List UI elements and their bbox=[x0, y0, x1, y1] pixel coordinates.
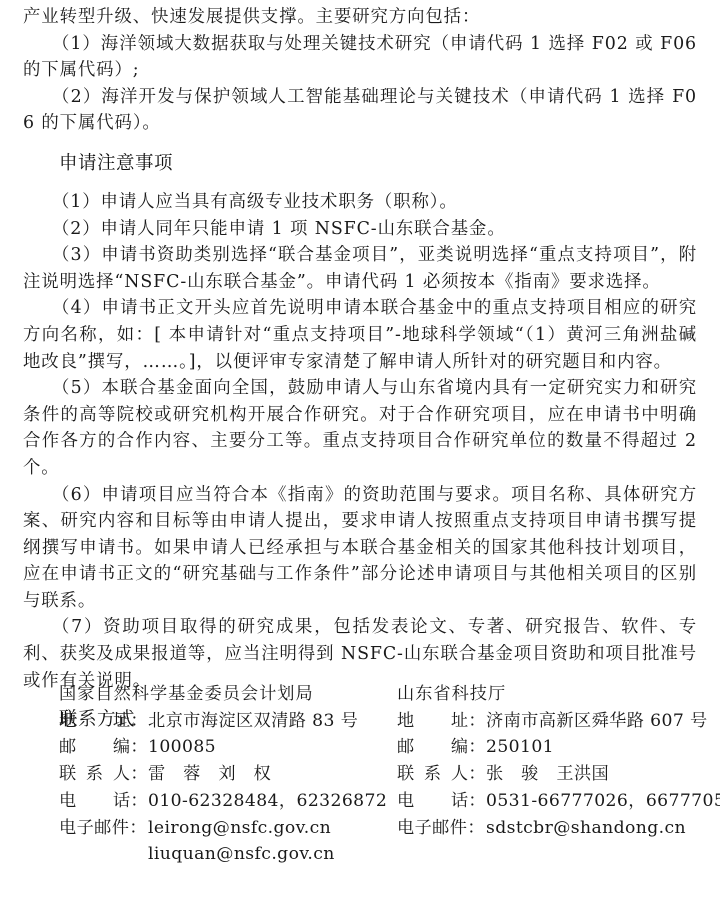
phone-row: 电话： 0531-66777026，66777053 bbox=[397, 788, 707, 815]
email-row-2: liuquan@nsfc.gov.cn bbox=[59, 841, 389, 868]
org-name: 山东省科技厅 bbox=[397, 681, 707, 708]
contact-column-nsfc: 国家自然科学基金委员会计划局 地址： 北京市海淀区双清路 83 号 邮编： 10… bbox=[59, 681, 389, 868]
research-direction-1: （1）海洋领域大数据获取与处理关键技术研究（申请代码 1 选择 F02 或 F0… bbox=[23, 31, 697, 84]
email-row: 电子邮件： leirong@nsfc.gov.cn bbox=[59, 815, 389, 842]
postcode-row: 邮编： 250101 bbox=[397, 734, 707, 761]
address-value: 济南市高新区舜华路 607 号 bbox=[486, 708, 708, 735]
person-label: 联系人： bbox=[59, 761, 148, 788]
postcode-label: 邮编： bbox=[59, 734, 148, 761]
intro-paragraph: 产业转型升级、快速发展提供支撑。主要研究方向包括： bbox=[23, 4, 697, 31]
document-page: 产业转型升级、快速发展提供支撑。主要研究方向包括： （1）海洋领域大数据获取与处… bbox=[23, 4, 697, 744]
postcode-value: 250101 bbox=[486, 734, 554, 761]
address-row: 地址： 北京市海淀区双清路 83 号 bbox=[59, 708, 389, 735]
address-row: 地址： 济南市高新区舜华路 607 号 bbox=[397, 708, 707, 735]
email-label: 电子邮件： bbox=[59, 815, 148, 842]
phone-row: 电话： 010-62328484，62326872 bbox=[59, 788, 389, 815]
person-row: 联系人： 张 骏 王洪国 bbox=[397, 761, 707, 788]
address-label: 地址： bbox=[59, 708, 148, 735]
phone-label: 电话： bbox=[59, 788, 148, 815]
org-name: 国家自然科学基金委员会计划局 bbox=[59, 681, 389, 708]
email-link-liuquan[interactable]: liuquan@nsfc.gov.cn bbox=[148, 841, 335, 868]
person-label: 联系人： bbox=[397, 761, 486, 788]
note-item-1: （1）申请人应当具有高级专业技术职务（职称）。 bbox=[23, 189, 697, 216]
postcode-row: 邮编： 100085 bbox=[59, 734, 389, 761]
email-link-leirong[interactable]: leirong@nsfc.gov.cn bbox=[148, 815, 331, 842]
phone-label: 电话： bbox=[397, 788, 486, 815]
phone-value: 010-62328484，62326872 bbox=[148, 788, 387, 815]
person-value: 雷 蓉 刘 权 bbox=[148, 761, 271, 788]
email-link-sdstcbr[interactable]: sdstcbr@shandong.cn bbox=[486, 815, 686, 842]
note-item-3: （3）申请书资助类别选择“联合基金项目”，亚类说明选择“重点支持项目”，附注说明… bbox=[23, 242, 697, 295]
person-row: 联系人： 雷 蓉 刘 权 bbox=[59, 761, 389, 788]
postcode-value: 100085 bbox=[148, 734, 216, 761]
note-item-2: （2）申请人同年只能申请 1 项 NSFC-山东联合基金。 bbox=[23, 216, 697, 243]
research-direction-2: （2）海洋开发与保护领域人工智能基础理论与关键技术（申请代码 1 选择 F06 … bbox=[23, 84, 697, 137]
section-heading-notes: 申请注意事项 bbox=[23, 151, 697, 177]
note-item-6: （6）申请项目应当符合本《指南》的资助范围与要求。项目名称、具体研究方案、研究内… bbox=[23, 482, 697, 615]
email-row: 电子邮件： sdstcbr@shandong.cn bbox=[397, 815, 707, 842]
email-label: 电子邮件： bbox=[397, 815, 486, 842]
address-value: 北京市海淀区双清路 83 号 bbox=[148, 708, 358, 735]
note-item-4: （4）申请书正文开头应首先说明申请本联合基金中的重点支持项目相应的研究方向名称，… bbox=[23, 295, 697, 375]
contact-column-shandong: 山东省科技厅 地址： 济南市高新区舜华路 607 号 邮编： 250101 联系… bbox=[397, 681, 707, 841]
note-item-5: （5）本联合基金面向全国，鼓励申请人与山东省境内具有一定研究实力和研究条件的高等… bbox=[23, 375, 697, 481]
postcode-label: 邮编： bbox=[397, 734, 486, 761]
address-label: 地址： bbox=[397, 708, 486, 735]
phone-value: 0531-66777026，66777053 bbox=[486, 788, 720, 815]
person-value: 张 骏 王洪国 bbox=[486, 761, 609, 788]
